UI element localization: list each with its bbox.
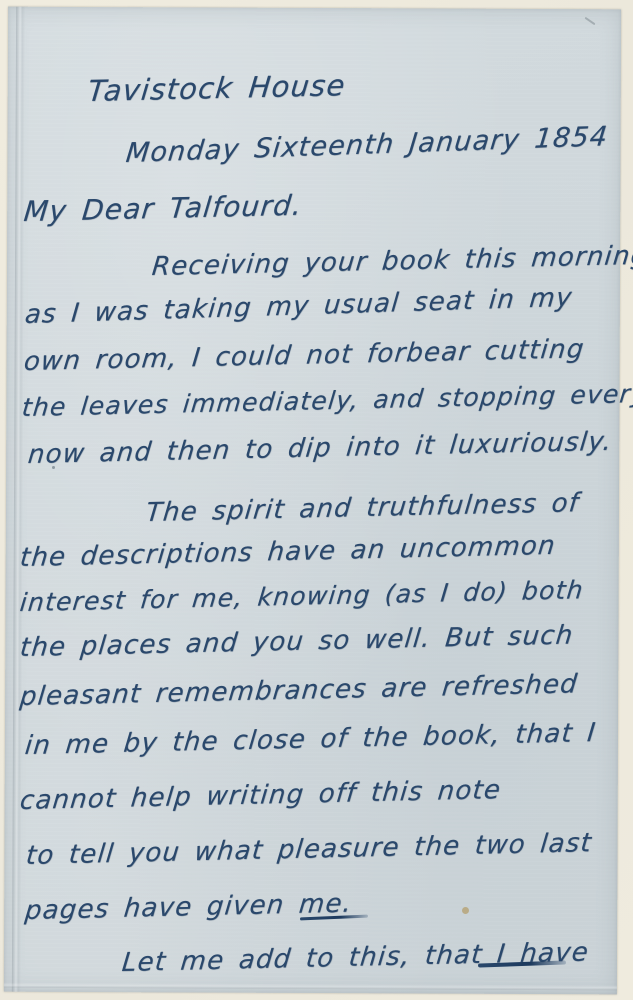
address-line: Tavistock House — [86, 68, 347, 108]
foxing-spot — [462, 907, 469, 914]
paper-bottom-edge-shading — [4, 983, 617, 991]
foxing-spot — [52, 466, 55, 469]
salutation-line: My Dear Talfourd. — [22, 189, 304, 228]
letter-scan: Tavistock House Monday Sixteenth January… — [0, 0, 633, 1000]
paper-fold-crease — [12, 7, 25, 992]
